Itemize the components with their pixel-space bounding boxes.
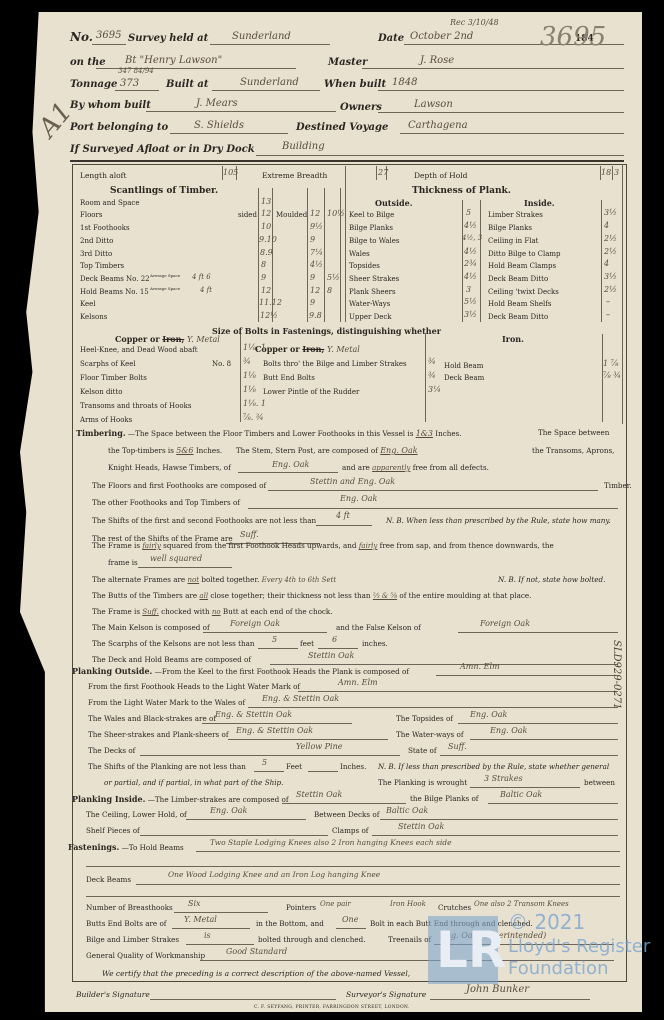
planking-text: The Water-ways of bbox=[396, 730, 463, 739]
bolt-label: Floor Timber Bolts bbox=[80, 374, 147, 382]
fastenings-text: Bilge and Limber Strakes bbox=[86, 935, 179, 944]
scantling-row-label: Kelsons bbox=[80, 313, 107, 321]
average-space-label: Average Space bbox=[150, 273, 180, 278]
wales-plank-value: Eng. & Stettin Oak bbox=[262, 694, 339, 703]
breadth-label: Extreme Breadth bbox=[262, 171, 327, 180]
planking-text: From the first Foothook Heads to the Lig… bbox=[88, 682, 300, 691]
planking-text: The Ceiling, Lower Hold, of bbox=[86, 810, 187, 819]
scantling-moulded: 9 bbox=[310, 235, 315, 244]
fastenings-line: Fastenings. —To Hold Beams bbox=[68, 842, 184, 852]
built-at-value: Sunderland bbox=[240, 77, 299, 88]
owners-value: Lawson bbox=[414, 99, 453, 110]
bolt-value: 1⅛ bbox=[243, 371, 256, 380]
between-decks-value: Baltic Oak bbox=[386, 806, 428, 815]
certify-statement: We certify that the preceding is a corre… bbox=[102, 969, 410, 978]
scantling-sided: 13 bbox=[261, 197, 271, 206]
master-label: Master bbox=[328, 57, 367, 68]
plank-shifts-feet: 5 bbox=[262, 758, 267, 767]
bolt-label: Transoms and throats of Hooks bbox=[80, 402, 191, 410]
bolt-value: 1⅛. 1 bbox=[243, 343, 266, 352]
timbering-text: The Space between bbox=[538, 428, 609, 437]
bolt-label: Hold Beam bbox=[444, 362, 483, 370]
outside-title: Outside. bbox=[375, 198, 413, 208]
clamps-value: Stettin Oak bbox=[398, 822, 444, 831]
plank-outside-value: 4½ bbox=[464, 247, 477, 256]
received-note: Rec 3/10/48 bbox=[450, 18, 499, 27]
deck-beams-fastening-value: One Wood Lodging Knee and an Iron Log ha… bbox=[168, 870, 380, 879]
timbering-line: the Top-timbers is 5&6 Inches. The Stem,… bbox=[108, 446, 418, 455]
timbering-text: frame is bbox=[108, 558, 138, 567]
decks-value: Yellow Pine bbox=[296, 742, 342, 751]
floors-value: Stettin and Eng. Oak bbox=[310, 477, 395, 486]
rest-shifts-value: Suff. bbox=[240, 530, 259, 539]
timbering-note: N. B. When less than prescribed by the R… bbox=[386, 516, 611, 525]
scantling-sided: 12 bbox=[261, 209, 271, 218]
planking-text: State of bbox=[408, 746, 437, 755]
false-kelson-value: Foreign Oak bbox=[480, 619, 530, 628]
timbering-text: The Deck and Hold Beams are composed of bbox=[92, 655, 251, 664]
scantling-row-label: Keel bbox=[80, 300, 96, 308]
plank-outside-label: Bilge Planks bbox=[349, 224, 393, 232]
fastenings-text: Treenails of bbox=[388, 935, 431, 944]
timbering-text: The other Foothooks and Top Timbers of bbox=[92, 498, 240, 507]
timbering-text: The Scarphs of the Kelsons are not less … bbox=[92, 639, 255, 648]
archive-reference: SLD929-0271 bbox=[611, 640, 622, 709]
pointers-value: One pair bbox=[320, 900, 351, 908]
timbering-text: the Transoms, Aprons, bbox=[532, 446, 614, 455]
scantling-moulded: 4½ bbox=[310, 260, 323, 269]
scantling-row-label: 1st Foothooks bbox=[80, 224, 130, 232]
plank-inside-label: Ceiling 'twixt Decks bbox=[488, 288, 559, 296]
master-value: J. Rose bbox=[420, 55, 454, 66]
plank-inside-label: Ceiling in Flat bbox=[488, 237, 538, 245]
plank-outside-value: 4½ bbox=[464, 221, 477, 230]
length-feet: 105 bbox=[223, 168, 238, 177]
plank-outside-value: 3 bbox=[466, 285, 471, 294]
planking-text: the Bilge Planks of bbox=[410, 794, 478, 803]
owners-label: Owners bbox=[340, 102, 382, 113]
ceiling-lower-hold-value: Eng. Oak bbox=[210, 806, 247, 815]
watermark-line1: Lloyd's Register bbox=[508, 936, 650, 957]
scantling-sided: 11.12 bbox=[259, 298, 282, 307]
builder-signature-label: Builder's Signature bbox=[76, 990, 150, 999]
bolt-value: 1⅛. 1 bbox=[243, 399, 266, 408]
planking-text: Clamps of bbox=[332, 826, 368, 835]
planking-inside-line: Planking Inside. —The Limber-strakes are… bbox=[72, 794, 289, 804]
timbering-line: Timbering. —The Space between the Floor … bbox=[76, 428, 462, 438]
timbering-line: and are apparently free from all defects… bbox=[342, 463, 489, 472]
hold-beams-fastening-value: Two Staple Lodging Knees also 2 Iron han… bbox=[210, 838, 452, 847]
scantling-ends: 10½ bbox=[327, 209, 345, 218]
other-foothooks-value: Eng. Oak bbox=[340, 494, 377, 503]
plank-inside-value: 3½ bbox=[604, 272, 617, 281]
plank-outside-value: 4½, 3 bbox=[462, 234, 482, 242]
no-value: 3695 bbox=[96, 30, 121, 41]
scantling-moulded: 7¼ bbox=[310, 248, 323, 257]
timbering-text: and the False Kelson of bbox=[336, 623, 421, 632]
plank-inside-value: 2½ bbox=[604, 234, 617, 243]
voyage-value: Carthagena bbox=[408, 120, 468, 131]
timbering-text: The Main Kelson is composed of bbox=[92, 623, 210, 632]
destined-voyage-label: Destined Voyage bbox=[296, 122, 388, 133]
planking-text: Between Decks of bbox=[314, 810, 379, 819]
knight-heads-value: Eng. Oak bbox=[272, 460, 309, 469]
bolts-title: Size of Bolts in Fastenings, distinguish… bbox=[212, 326, 441, 336]
planking-text: The Planking is wrought bbox=[378, 778, 467, 787]
limber-strakes-value: Stettin Oak bbox=[296, 790, 342, 799]
timbering-line: The Frame is fairly squared from the fir… bbox=[92, 541, 554, 550]
planking-text: Inches. bbox=[340, 762, 366, 771]
planking-text: between bbox=[584, 778, 615, 787]
tonnage-value: 373 bbox=[120, 78, 139, 89]
tonnage-label: Tonnage bbox=[70, 79, 117, 90]
scantling-moulded: 9½ bbox=[310, 222, 323, 231]
plank-outside-value: 2¾ bbox=[464, 259, 477, 268]
plank-outside-label: Plank Sheers bbox=[349, 288, 396, 296]
scantling-sided: 8 bbox=[261, 260, 266, 269]
scantling-sided: 9.10 bbox=[259, 235, 277, 244]
scantling-row-label: Room and Space bbox=[80, 199, 139, 207]
average-space-label: Average Space bbox=[150, 286, 180, 291]
fastenings-text: Pointers bbox=[286, 903, 316, 912]
bolt-label: Lower Pintle of the Rudder bbox=[263, 388, 359, 396]
hold-beam-space: 4 ft bbox=[200, 286, 212, 294]
planking-text: The Sheer-strakes and Plank-sheers of bbox=[88, 730, 229, 739]
scantling-row-label: Floors bbox=[80, 211, 102, 219]
scantling-moulded: 12 bbox=[310, 209, 320, 218]
planking-note: or partial, and if partial, in what part… bbox=[104, 778, 283, 787]
bilge-limber-value: is bbox=[204, 931, 211, 940]
plank-outside-label: Topsides bbox=[349, 262, 380, 270]
bolt-value: ⅞ ¾ bbox=[603, 371, 621, 380]
bolt-label: Bolts thro' the Bilge and Limber Strakes bbox=[263, 360, 407, 368]
plank-outside-value: 5½ bbox=[464, 297, 477, 306]
plank-inside-label: Ditto Bilge to Clamp bbox=[488, 250, 561, 258]
builder-value: J. Mears bbox=[196, 98, 238, 109]
scantling-moulded: 9.8 bbox=[309, 311, 322, 320]
fastenings-text: Number of Breasthooks bbox=[86, 903, 173, 912]
plank-outside-value: 4½ bbox=[464, 272, 477, 281]
topsides-value: Eng. Oak bbox=[470, 710, 507, 719]
vessel-name: Bt "Henry Lawson" bbox=[125, 55, 222, 66]
breadth-feet: 27 bbox=[378, 168, 388, 177]
length-label: Length aloft bbox=[80, 171, 126, 180]
planking-text: From the Light Water Mark to the Wales o… bbox=[88, 698, 245, 707]
tonnage-note: 347 84/94 bbox=[118, 67, 154, 75]
bolt-value: ¾ bbox=[428, 371, 436, 380]
sided-label: sided bbox=[238, 211, 257, 219]
bolt-count-value: One bbox=[342, 915, 358, 924]
planking-outside-line: Planking Outside. —From the Keel to the … bbox=[72, 666, 409, 676]
no-label: No. bbox=[70, 30, 93, 44]
scantling-moulded: 12 bbox=[310, 286, 320, 295]
plank-outside-value: 5 bbox=[466, 208, 471, 217]
survey-held-label: Survey held at bbox=[128, 33, 208, 44]
bolt-value: 1⅛ bbox=[243, 385, 256, 394]
timbering-text: Knight Heads, Hawse Timbers, of bbox=[108, 463, 231, 472]
scantling-ends: 5½ bbox=[327, 273, 340, 282]
bolt-label: Kelson ditto bbox=[80, 388, 123, 396]
date-value: October 2nd bbox=[410, 31, 473, 42]
timbering-line: The Frame is Suff. chocked with no Butt … bbox=[92, 607, 333, 616]
date-label: Date bbox=[378, 33, 404, 44]
scarphs-feet: 5 bbox=[272, 635, 277, 644]
plank-title: Thickness of Plank. bbox=[412, 186, 511, 196]
printer-imprint: C. F. SEYFANG, PRINTER, FARRINGDON STREE… bbox=[254, 1005, 410, 1010]
plank-outside-label: Sheer Strakes bbox=[349, 275, 399, 283]
plank-inside-value: – bbox=[606, 310, 610, 319]
surveyor-signature: John Bunker bbox=[466, 984, 529, 995]
scantling-row-label: Hold Beams No. 15 bbox=[80, 288, 149, 296]
on-the-label: on the bbox=[70, 57, 106, 68]
plank-inside-label: Deck Beam Ditto bbox=[488, 313, 548, 321]
timbering-note: N. B. If not, state how bolted. bbox=[498, 575, 605, 584]
bolts-copper-title: Copper or Iron, Y. Metal bbox=[115, 334, 220, 344]
fastenings-text: Butts End Bolts are of bbox=[86, 919, 166, 928]
plank-outside-label: Upper Deck bbox=[349, 313, 392, 321]
scantling-sided: 12½ bbox=[260, 311, 278, 320]
timbering-line: The Butts of the Timbers are all close t… bbox=[92, 591, 531, 600]
fastenings-text: Deck Beams bbox=[86, 875, 131, 884]
scantling-moulded: 9 bbox=[310, 298, 315, 307]
plank-outside-label: Wales bbox=[349, 250, 370, 258]
frame-value: well squared bbox=[150, 554, 202, 563]
plank-inside-value: 4 bbox=[604, 259, 609, 268]
fastenings-text: in the Bottom, and bbox=[256, 919, 324, 928]
lr-logo-icon: LR bbox=[428, 916, 498, 984]
timbering-text: The Shifts of the first and second Footh… bbox=[92, 516, 316, 525]
scantling-sided: 12 bbox=[261, 286, 271, 295]
keel-plank-value: Amn. Elm bbox=[460, 662, 500, 671]
plank-inside-value: – bbox=[606, 297, 610, 306]
planking-text: Feet bbox=[286, 762, 302, 771]
bolt-label: Heel-Knee, and Dead Wood abaft bbox=[80, 346, 198, 354]
year-handwritten: 3695 bbox=[540, 22, 606, 52]
waterways-value: Eng. Oak bbox=[490, 726, 527, 735]
wales-value: Eng. & Stettin Oak bbox=[215, 710, 292, 719]
shifts-value: 4 ft bbox=[336, 511, 350, 520]
planking-text: The Shifts of the Planking are not less … bbox=[88, 762, 246, 771]
deck-beam-space: 4 ft 6 bbox=[192, 273, 211, 281]
port-label: Port belonging to bbox=[70, 122, 168, 133]
fastenings-text: bolted through and clenched. bbox=[258, 935, 365, 944]
bolt-value: 1 ⅞ bbox=[603, 359, 618, 368]
fastenings-text: Crutches bbox=[438, 903, 471, 912]
inside-title: Inside. bbox=[524, 198, 555, 208]
light-water-mark-value: Amn. Elm bbox=[338, 678, 378, 687]
planking-text: The Wales and Black-strakes are of bbox=[88, 714, 216, 723]
scantlings-title: Scantlings of Timber. bbox=[110, 186, 218, 196]
iron-title: Iron. bbox=[502, 334, 524, 344]
when-built-label: When built bbox=[324, 79, 386, 90]
scantling-sided: 9 bbox=[261, 273, 266, 282]
scantling-ends: 8 bbox=[327, 286, 332, 295]
port-value: S. Shields bbox=[194, 120, 244, 131]
crutches-value: One also 2 Transom Knees bbox=[474, 900, 569, 908]
bolt-value: ¾ bbox=[243, 357, 251, 366]
scantling-row-label: Deck Beams No. 22 bbox=[80, 275, 150, 283]
plank-inside-label: Limber Strakes bbox=[488, 211, 543, 219]
timbering-text: Timber. bbox=[604, 481, 632, 490]
timbering-line: The alternate Frames are not bolted toge… bbox=[92, 575, 336, 584]
sheer-strakes-value: Eng. & Stettin Oak bbox=[236, 726, 313, 735]
state-value: Suff. bbox=[448, 742, 467, 751]
plank-inside-label: Hold Beam Clamps bbox=[488, 262, 556, 270]
depth-inches: 3 bbox=[614, 168, 619, 177]
plank-inside-label: Hold Beam Shelfs bbox=[488, 300, 551, 308]
depth-label: Depth of Hold bbox=[414, 171, 467, 180]
bolt-value: ⅞. ¾ bbox=[243, 413, 264, 422]
bolt-label: Deck Beam bbox=[444, 374, 484, 382]
scantling-sided: 8.9 bbox=[260, 248, 273, 257]
depth-feet: 18 bbox=[601, 168, 611, 177]
plank-outside-label: Bilge to Wales bbox=[349, 237, 399, 245]
timbering-text: feet bbox=[300, 639, 314, 648]
plank-outside-label: Water-Ways bbox=[349, 300, 390, 308]
built-at-label: Built at bbox=[166, 79, 209, 90]
scarphs-inches: 6 bbox=[332, 635, 337, 644]
scantling-row-label: Top Timbers bbox=[80, 262, 124, 270]
scantling-row-label: 2nd Ditto bbox=[80, 237, 113, 245]
workmanship-value: Good Standard bbox=[226, 947, 287, 956]
plank-inside-value: 2½ bbox=[604, 247, 617, 256]
bolts-copper-title-2: Copper or Iron, Y. Metal bbox=[255, 344, 360, 354]
fastenings-text: General Quality of Workmanship bbox=[86, 951, 205, 960]
iron-hook-value: Iron Hook bbox=[390, 900, 426, 908]
by-whom-built-label: By whom built bbox=[70, 100, 151, 111]
bolt-label: Scarphs of Keel bbox=[80, 360, 136, 368]
bolt-value: ¾ bbox=[428, 357, 436, 366]
afloat-value: Building bbox=[282, 141, 325, 152]
timbering-text: The Floors and first Foothooks are compo… bbox=[92, 481, 266, 490]
watermark-copyright: © 2021 bbox=[508, 910, 585, 934]
plank-inside-label: Deck Beam Ditto bbox=[488, 275, 548, 283]
plank-inside-value: 2½ bbox=[604, 285, 617, 294]
bilge-planks-value: Baltic Oak bbox=[500, 790, 542, 799]
survey-held-value: Sunderland bbox=[232, 31, 291, 42]
moulded-label: Moulded bbox=[276, 211, 307, 219]
when-built-value: 1848 bbox=[392, 77, 417, 88]
scantling-row-label: 3rd Ditto bbox=[80, 250, 112, 258]
timbering-text: inches. bbox=[362, 639, 388, 648]
afloat-label: If Surveyed Afloat or in Dry Dock bbox=[70, 144, 255, 155]
breasthooks-value: Six bbox=[188, 899, 201, 908]
butt-end-bolts-value: Y. Metal bbox=[184, 915, 217, 924]
planking-text: The Topsides of bbox=[396, 714, 453, 723]
plank-inside-label: Bilge Planks bbox=[488, 224, 532, 232]
surveyor-signature-label: Surveyor's Signature bbox=[346, 990, 426, 999]
scarphs-number: No. 8 bbox=[212, 360, 231, 368]
bolt-value: 3¼ bbox=[428, 385, 441, 394]
scantling-sided: 10 bbox=[261, 222, 271, 231]
plank-inside-value: 4 bbox=[604, 221, 609, 230]
scantling-moulded: 9 bbox=[310, 273, 315, 282]
planking-text: Shelf Pieces of bbox=[86, 826, 140, 835]
watermark-line2: Foundation bbox=[508, 958, 608, 979]
planking-text: The Decks of bbox=[88, 746, 135, 755]
bolt-label: Arms of Hooks bbox=[80, 416, 132, 424]
plank-inside-value: 3½ bbox=[604, 208, 617, 217]
planking-note: N. B. If less than prescribed by the Rul… bbox=[378, 762, 609, 771]
plank-outside-value: 3½ bbox=[464, 310, 477, 319]
deck-hold-beams-value: Stettin Oak bbox=[308, 651, 354, 660]
planking-wrought-value: 3 Strakes bbox=[484, 774, 523, 783]
plank-outside-label: Keel to Bilge bbox=[349, 211, 394, 219]
main-kelson-value: Foreign Oak bbox=[230, 619, 280, 628]
bolt-label: Butt End Bolts bbox=[263, 374, 315, 382]
